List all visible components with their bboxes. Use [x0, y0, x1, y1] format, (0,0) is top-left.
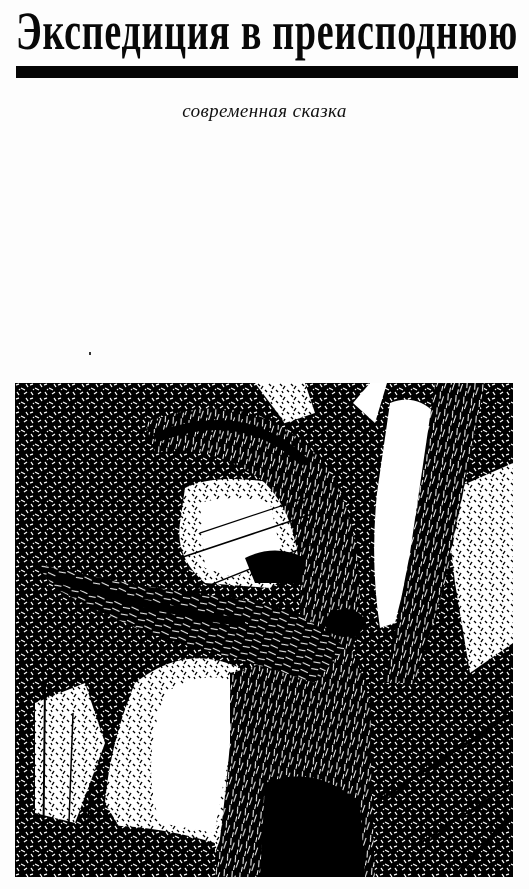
tree-photograph: [15, 383, 513, 877]
book-title: Экспедиция в преисподнюю: [16, 3, 518, 59]
scan-speck: [89, 352, 91, 355]
book-title-page: Экспедиция в преисподнюю современная ска…: [0, 0, 529, 889]
tree-photo-illustration: [15, 383, 513, 877]
book-subtitle: современная сказка: [0, 101, 529, 123]
book-title-text: Экспедиция в преисподнюю: [16, 3, 518, 61]
title-rule-divider: [16, 66, 518, 78]
